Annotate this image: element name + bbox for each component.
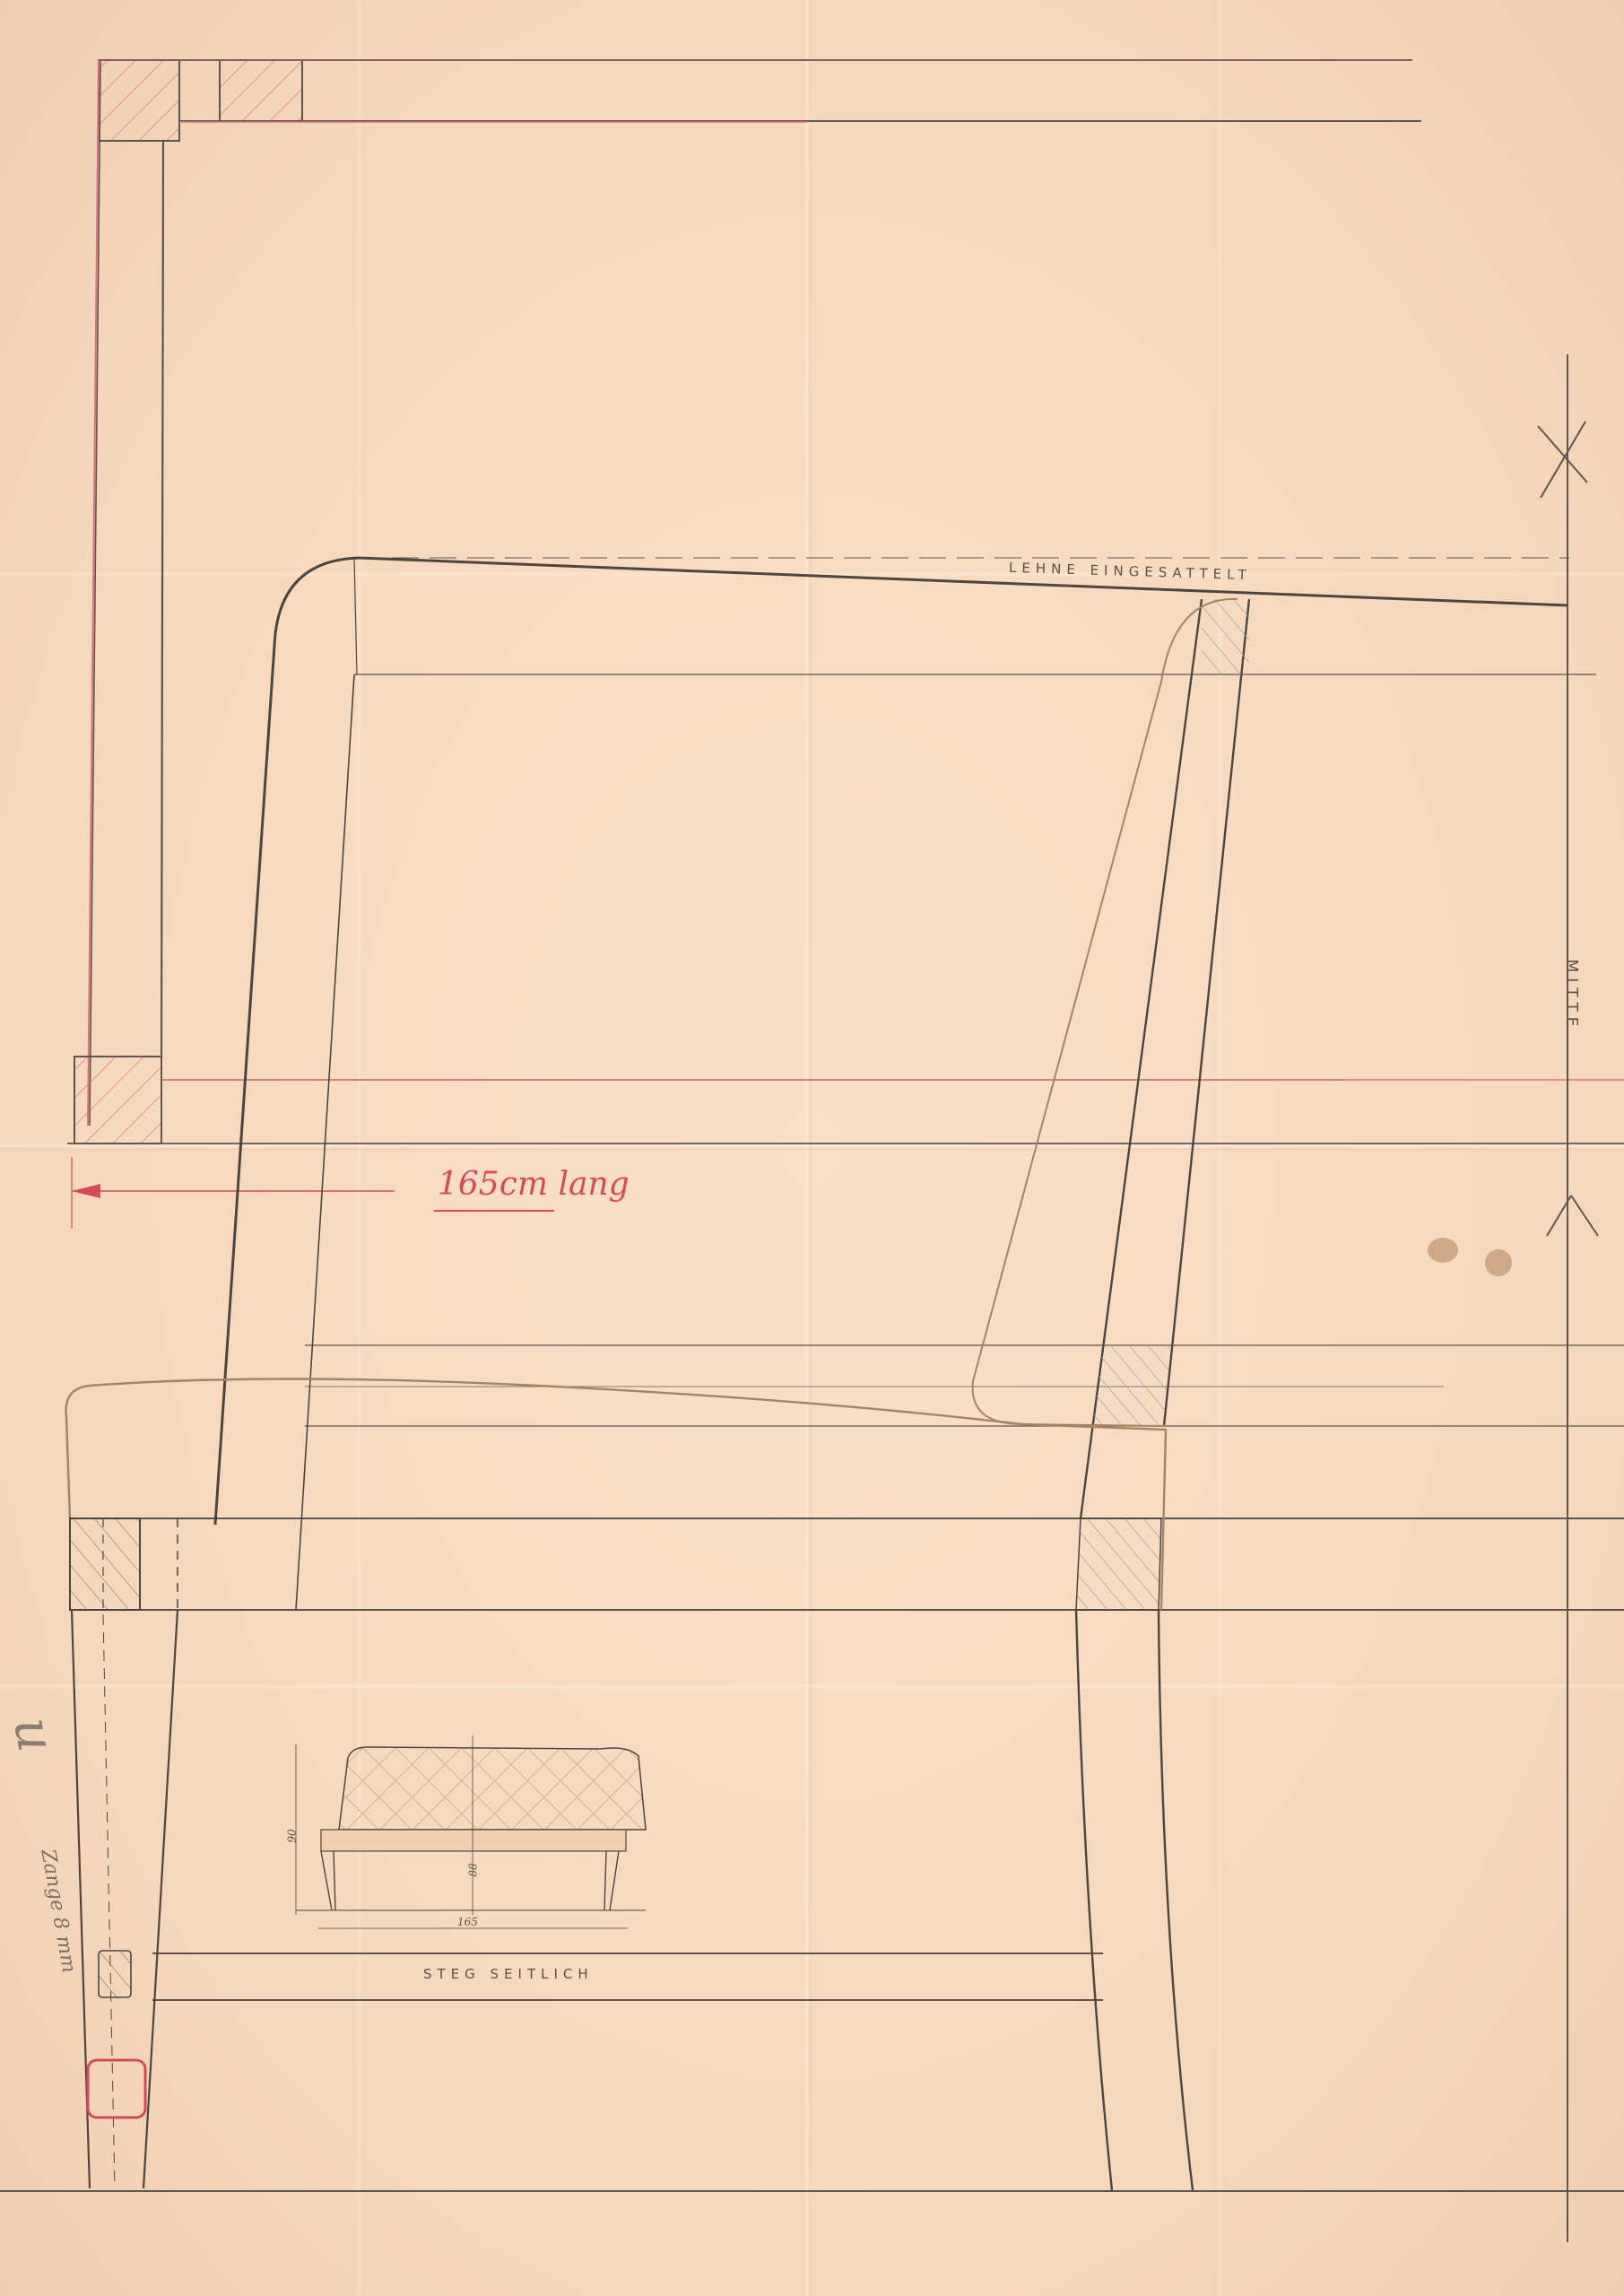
- construction-lines: [0, 354, 1624, 2242]
- frame-corner-detail: [67, 60, 1624, 1229]
- inset-dim-height: 90: [286, 1829, 299, 1842]
- drawing-sheet: LEHNE EINGESATTELT MITTE 165cm lang STEG…: [0, 0, 1624, 2296]
- technical-drawing: [0, 0, 1624, 2296]
- center-mark-label: MITTE: [1562, 960, 1580, 1032]
- stretcher-note: STEG SEITLICH: [423, 1966, 594, 1982]
- inset-front-view: [296, 1735, 646, 1928]
- inset-dim-seat: 88: [467, 1863, 480, 1876]
- seat-cushion: [66, 1379, 1166, 1615]
- inset-dim-width: 165: [457, 1916, 478, 1928]
- backrest-outline: [215, 558, 1568, 1610]
- paper-stain: [1485, 1249, 1512, 1276]
- back-cushion: [973, 599, 1238, 1426]
- paper-stain: [1428, 1238, 1458, 1263]
- length-note: 165cm lang: [438, 1166, 630, 1203]
- front-leg: [72, 1610, 178, 2188]
- rear-post: [1076, 599, 1249, 2190]
